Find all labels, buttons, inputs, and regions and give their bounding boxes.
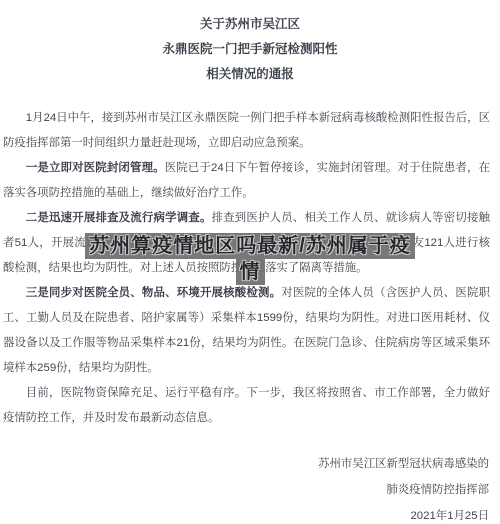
- paragraph-lead: 二是迅速开展排查及流行病学调查。: [26, 212, 212, 224]
- paragraph-text: 对医院的全体人员（含医护人员、医院职工、工勤人员及在院患者、陪护家属等）采集样本…: [3, 287, 490, 374]
- paragraph-measure-3: 三是同步对医院全员、物品、环境开展核酸检测。对医院的全体人员（含医护人员、医院职…: [3, 281, 490, 381]
- paragraph-intro: 1月24日中午，接到苏州市吴江区永鼎医院一例门把手样本新冠病毒核酸检测阳性报告后…: [3, 106, 490, 156]
- notice-body: 1月24日中午，接到苏州市吴江区永鼎医院一例门把手样本新冠病毒核酸检测阳性报告后…: [0, 106, 500, 431]
- paragraph-closing: 目前，医院物资保障充足、运行平稳有序。下一步，我区将按照省、市工作部署，全力做好…: [3, 381, 490, 431]
- notice-title-line-3: 相关情况的通报: [0, 62, 500, 87]
- paragraph-lead: 三是同步对医院全员、物品、环境开展核酸检测。: [26, 287, 281, 299]
- signature-org-line-1: 苏州市吴江区新型冠状病毒感染的: [0, 451, 489, 477]
- signature-date: 2021年1月25日: [0, 503, 489, 524]
- signature-block: 苏州市吴江区新型冠状病毒感染的 肺炎疫情防控指挥部 2021年1月25日: [0, 451, 500, 524]
- signature-org-line-2: 肺炎疫情防控指挥部: [0, 477, 489, 503]
- paragraph-lead: 一是立即对医院封闭管理。: [26, 162, 165, 174]
- paragraph-measure-1: 一是立即对医院封闭管理。医院已于24日下午暂停接诊，实施封闭管理。对于住院患者，…: [3, 156, 490, 206]
- notice-title: 关于苏州市吴江区 永鼎医院一门把手新冠检测阳性 相关情况的通报: [0, 12, 500, 87]
- notice-title-line-1: 关于苏州市吴江区: [0, 12, 500, 37]
- paragraph-text: 目前，医院物资保障充足、运行平稳有序。下一步，我区将按照省、市工作部署，全力做好…: [3, 387, 490, 424]
- paragraph-text: 1月24日中午，接到苏州市吴江区永鼎医院一例门把手样本新冠病毒核酸检测阳性报告后…: [3, 112, 490, 149]
- notice-title-line-2: 永鼎医院一门把手新冠检测阳性: [0, 37, 500, 62]
- notice-document: 关于苏州市吴江区 永鼎医院一门把手新冠检测阳性 相关情况的通报 1月24日中午，…: [0, 0, 500, 524]
- paragraph-measure-2: 二是迅速开展排查及流行病学调查。排查到医护人员、相关工作人员、就诊病人等密切接触…: [3, 206, 490, 281]
